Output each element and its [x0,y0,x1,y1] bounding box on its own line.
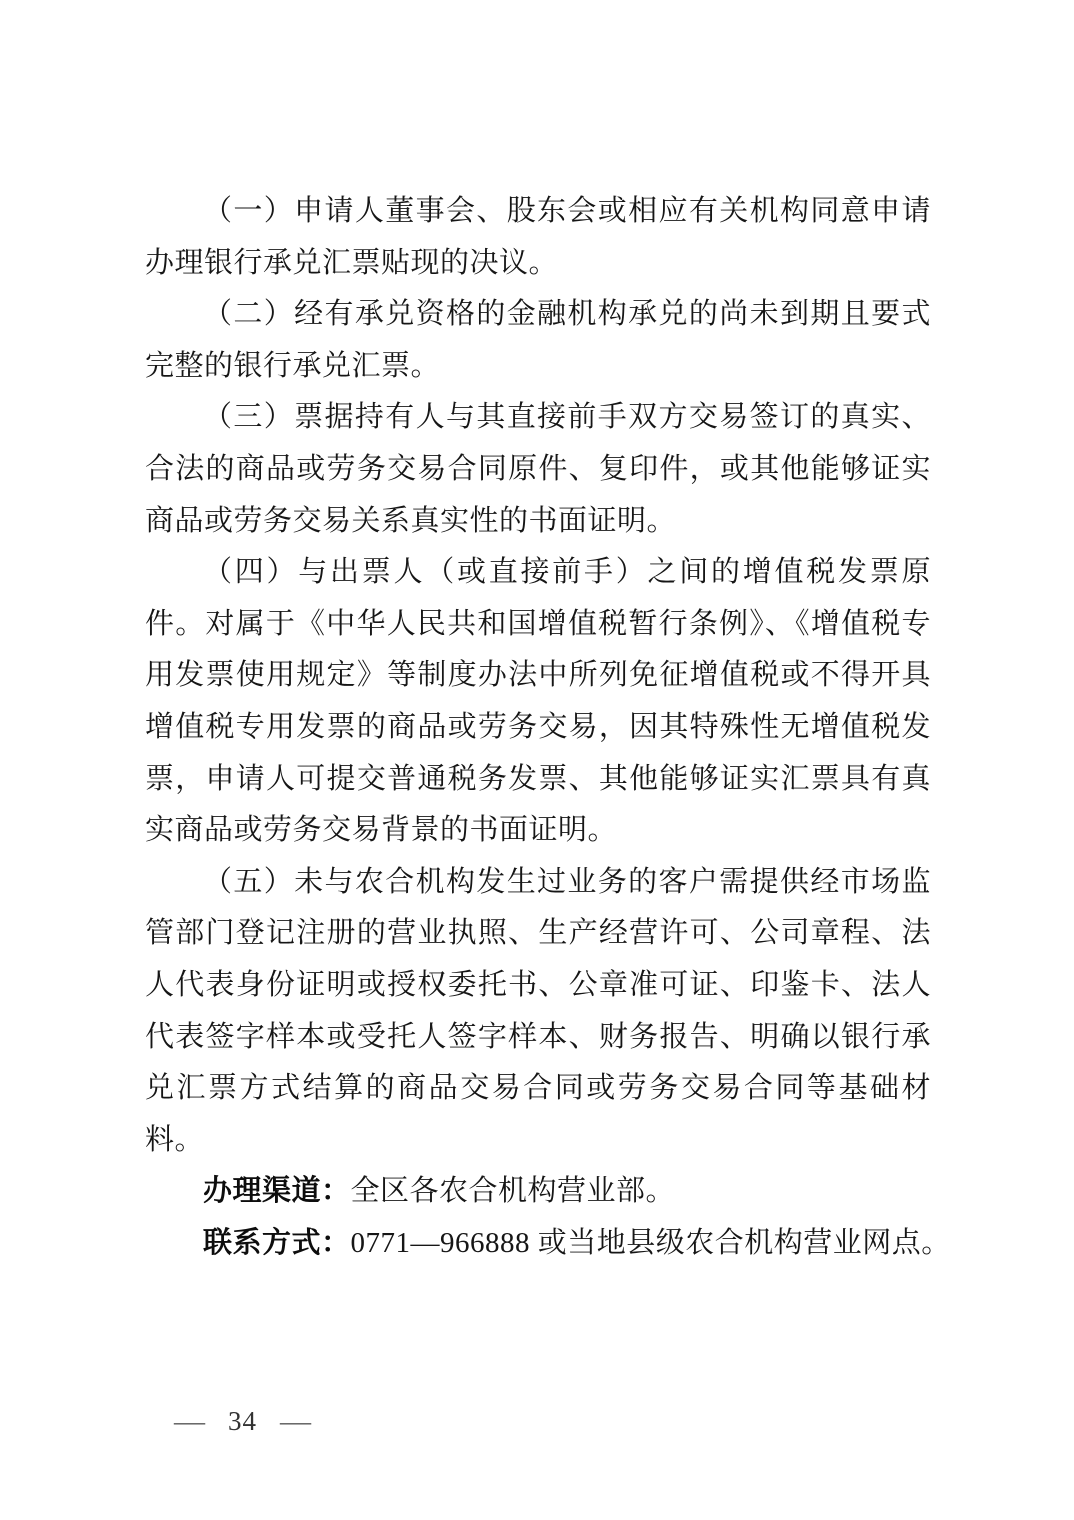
clause-paragraph-5: （五）未与农合机构发生过业务的客户需提供经市场监管部门登记注册的营业执照、生产经… [145,857,931,1167]
handling-channel-label: 办理渠道： [203,1175,351,1207]
handling-channel-line: 办理渠道：全区各农合机构营业部。 [145,1166,931,1218]
footer-right-dash: — [280,1404,311,1438]
document-body: （一）申请人董事会、股东会或相应有关机构同意申请办理银行承兑汇票贴现的决议。 （… [145,186,931,1269]
page-number: 34 [228,1404,257,1438]
clause-paragraph-2: （二）经有承兑资格的金融机构承兑的尚未到期且要式完整的银行承兑汇票。 [145,289,931,392]
clause-paragraph-1: （一）申请人董事会、股东会或相应有关机构同意申请办理银行承兑汇票贴现的决议。 [145,186,931,289]
page-footer: — 34 — [176,1404,309,1438]
document-page: （一）申请人董事会、股东会或相应有关机构同意申请办理银行承兑汇票贴现的决议。 （… [0,0,1074,1520]
contact-method-label: 联系方式： [203,1227,351,1259]
contact-method-value: 0771—966888 或当地县级农合机构营业网点。 [351,1227,951,1259]
handling-channel-value: 全区各农合机构营业部。 [351,1175,676,1207]
clause-paragraph-3: （三）票据持有人与其直接前手双方交易签订的真实、合法的商品或劳务交易合同原件、复… [145,392,931,547]
contact-method-line: 联系方式：0771—966888 或当地县级农合机构营业网点。 [145,1218,931,1270]
clause-paragraph-4: （四）与出票人（或直接前手）之间的增值税发票原件。对属于《中华人民共和国增值税暂… [145,547,931,857]
footer-left-dash: — [174,1404,205,1438]
